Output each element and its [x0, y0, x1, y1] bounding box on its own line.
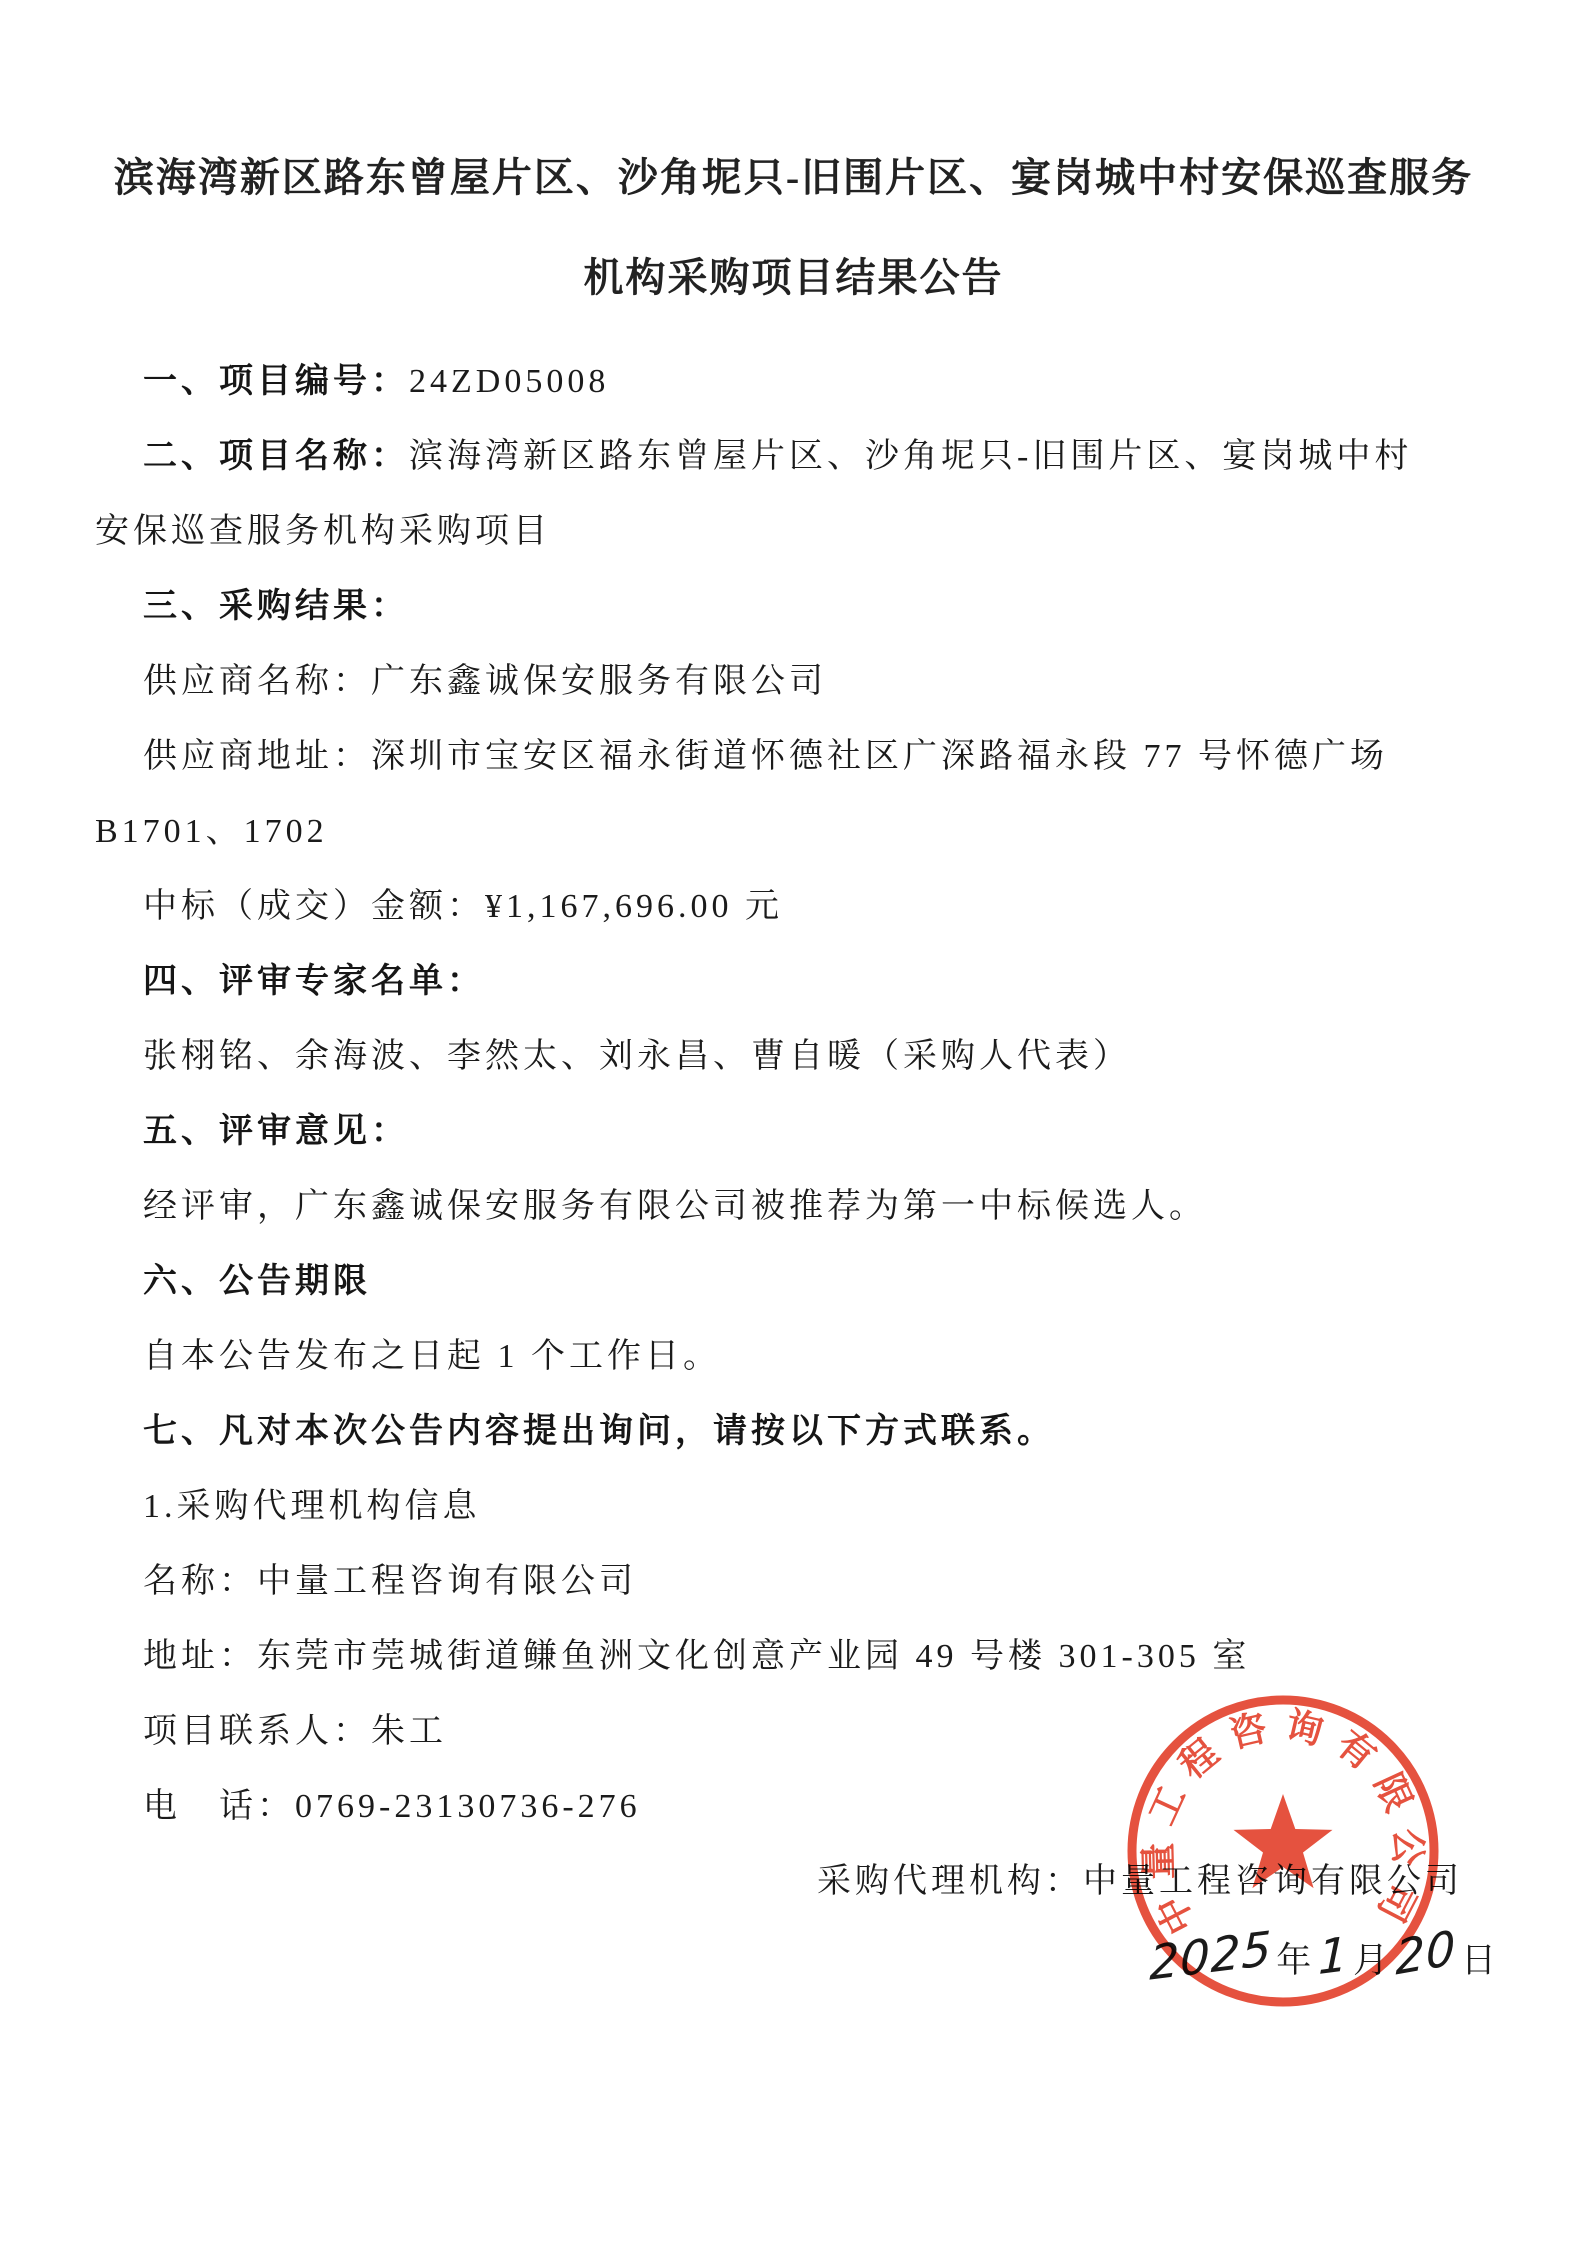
- body-line: 供应商名称：广东鑫诚保安服务有限公司: [95, 644, 1517, 719]
- seal-star-icon: [1234, 1794, 1333, 1888]
- title-line-2: 机构采购项目结果公告: [0, 228, 1587, 328]
- line-text: 1.采购代理机构信息: [143, 1488, 481, 1525]
- body-line: 二、项目名称：滨海湾新区路东曾屋片区、沙角坭只-旧围片区、宴岗城中村: [95, 419, 1517, 494]
- document-body: 一、项目编号：24ZD05008二、项目名称：滨海湾新区路东曾屋片区、沙角坭只-…: [0, 344, 1587, 1844]
- body-line: 四、评审专家名单：: [95, 944, 1517, 1019]
- line-text: B1701、1702: [95, 813, 328, 850]
- body-line: 经评审，广东鑫诚保安服务有限公司被推荐为第一中标候选人。: [95, 1169, 1517, 1244]
- line-heading-text: 七、凡对本次公告内容提出询问，请按以下方式联系。: [143, 1413, 1055, 1450]
- agency-label: 采购代理机构：: [817, 1863, 1083, 1900]
- line-text: 自本公告发布之日起 1 个工作日。: [143, 1338, 721, 1375]
- body-line: 一、项目编号：24ZD05008: [95, 344, 1517, 419]
- line-text: 供应商地址：深圳市宝安区福永街道怀德社区广深路福永段 77 号怀德广场: [143, 738, 1388, 775]
- body-line: 七、凡对本次公告内容提出询问，请按以下方式联系。: [95, 1394, 1517, 1469]
- body-line: 供应商地址：深圳市宝安区福永街道怀德社区广深路福永段 77 号怀德广场: [95, 719, 1517, 794]
- line-text: 名称：中量工程咨询有限公司: [143, 1563, 637, 1600]
- document-page: 滨海湾新区路东曾屋片区、沙角坭只-旧围片区、宴岗城中村安保巡查服务 机构采购项目…: [0, 0, 1587, 2244]
- body-line: 自本公告发布之日起 1 个工作日。: [95, 1319, 1517, 1394]
- line-text: 滨海湾新区路东曾屋片区、沙角坭只-旧围片区、宴岗城中村: [409, 438, 1412, 475]
- body-line: 五、评审意见：: [95, 1094, 1517, 1169]
- line-text: 中标（成交）金额：¥1,167,696.00 元: [143, 888, 783, 925]
- document-title: 滨海湾新区路东曾屋片区、沙角坭只-旧围片区、宴岗城中村安保巡查服务 机构采购项目…: [0, 128, 1587, 328]
- line-text: 地址：东莞市莞城街道鳒鱼洲文化创意产业园 49 号楼 301-305 室: [143, 1638, 1250, 1675]
- body-line: 1.采购代理机构信息: [95, 1469, 1517, 1544]
- date-day-unit: 日: [1461, 1941, 1499, 1980]
- line-text: 项目联系人：朱工: [143, 1713, 447, 1750]
- line-heading-text: 一、项目编号：: [143, 363, 409, 400]
- line-text: 供应商名称：广东鑫诚保安服务有限公司: [143, 663, 827, 700]
- body-line: 张栩铭、余海波、李然太、刘永昌、曹自暖（采购人代表）: [95, 1019, 1517, 1094]
- line-text: 电 话：0769-23130736-276: [143, 1788, 641, 1825]
- line-heading-text: 六、公告期限: [143, 1263, 371, 1300]
- company-seal-stamp: 中量工程咨询有限公司: [1118, 1686, 1448, 2016]
- line-text: 安保巡查服务机构采购项目: [95, 513, 551, 550]
- line-heading-text: 二、项目名称：: [143, 438, 409, 475]
- body-line: 三、采购结果：: [95, 569, 1517, 644]
- body-line: B1701、1702: [95, 794, 1517, 869]
- body-line: 中标（成交）金额：¥1,167,696.00 元: [95, 869, 1517, 944]
- line-text: 24ZD05008: [409, 363, 609, 400]
- body-line: 地址：东莞市莞城街道鳒鱼洲文化创意产业园 49 号楼 301-305 室: [95, 1619, 1517, 1694]
- body-line: 名称：中量工程咨询有限公司: [95, 1544, 1517, 1619]
- line-heading-text: 四、评审专家名单：: [143, 963, 485, 1000]
- line-text: 张栩铭、余海波、李然太、刘永昌、曹自暖（采购人代表）: [143, 1038, 1131, 1075]
- title-line-1: 滨海湾新区路东曾屋片区、沙角坭只-旧围片区、宴岗城中村安保巡查服务: [0, 128, 1587, 228]
- body-line: 安保巡查服务机构采购项目: [95, 494, 1517, 569]
- line-text: 经评审，广东鑫诚保安服务有限公司被推荐为第一中标候选人。: [143, 1188, 1207, 1225]
- line-heading-text: 三、采购结果：: [143, 588, 409, 625]
- body-line: 六、公告期限: [95, 1244, 1517, 1319]
- line-heading-text: 五、评审意见：: [143, 1113, 409, 1150]
